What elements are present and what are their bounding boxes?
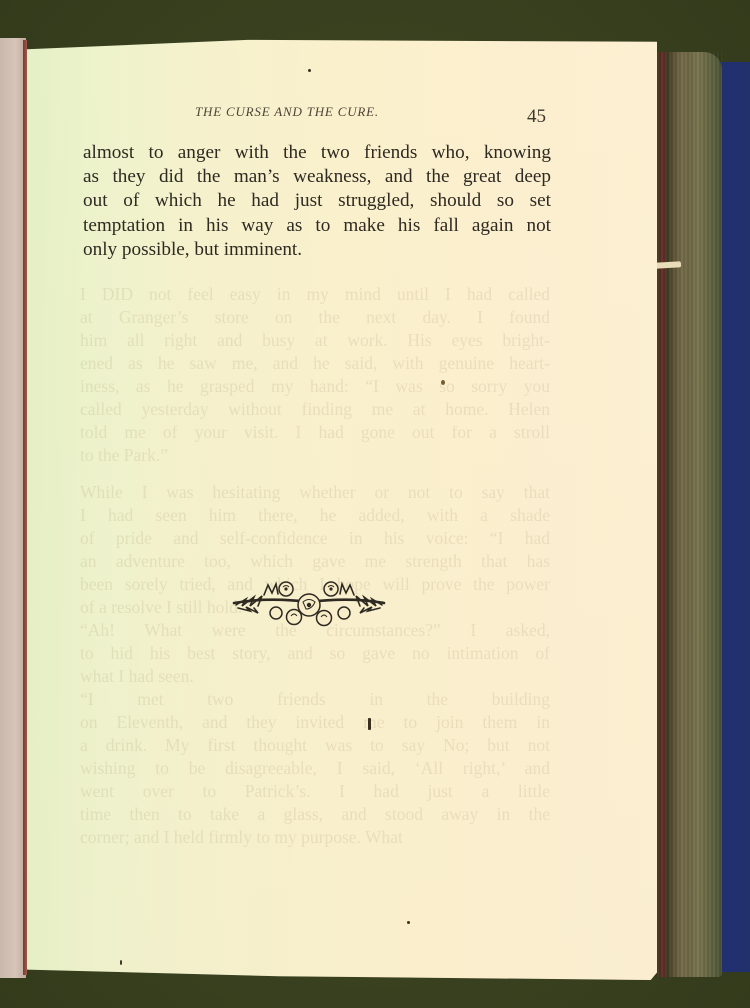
page-fore-edge: [655, 52, 722, 977]
body-paragraph: almost to anger with the two friends who…: [83, 141, 551, 262]
text-line: as they did the man’s weakness, and the …: [83, 165, 551, 189]
scan-speck: [308, 69, 311, 72]
page-gutter: [23, 40, 27, 975]
scan-speck: [441, 380, 445, 385]
scan-speck: [368, 718, 371, 730]
scan-speck: [120, 960, 122, 965]
text-line: almost to anger with the two friends who…: [83, 141, 551, 165]
text-line: out of which he had just struggled, shou…: [83, 189, 551, 213]
page-number: 45: [527, 106, 546, 128]
scan-speck: [407, 921, 410, 924]
text-line: only possible, but imminent.: [83, 238, 551, 262]
text-line: temptation in his way as to make his fal…: [83, 214, 551, 238]
floral-ornament-icon: [228, 575, 390, 631]
running-head: THE CURSE AND THE CURE.: [195, 104, 379, 120]
